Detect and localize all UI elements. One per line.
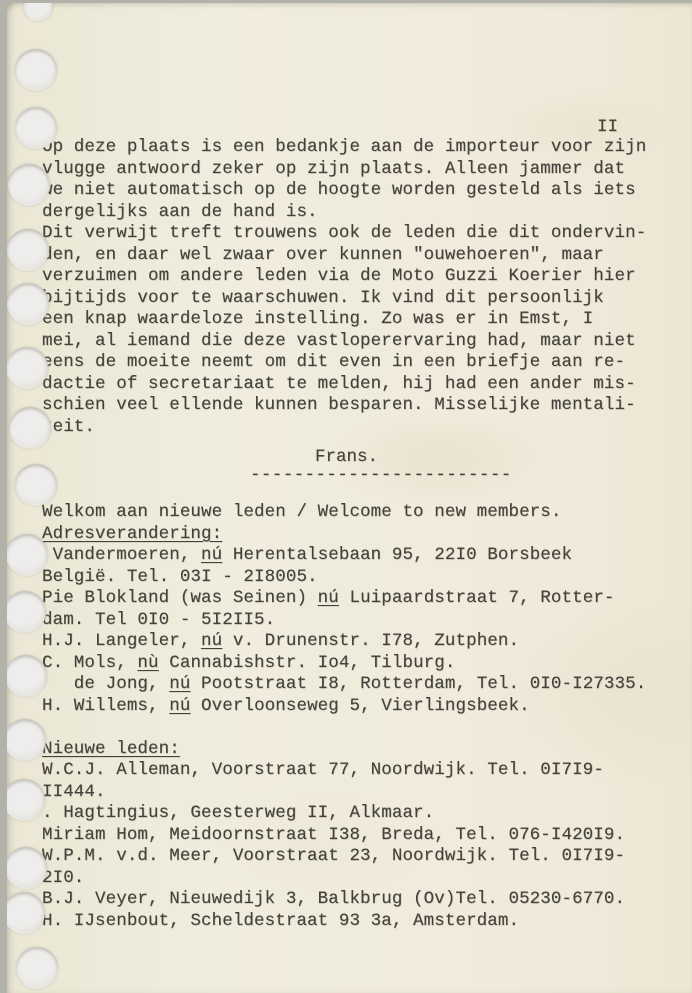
page: II Op deze plaats is een bedankje aan de… — [7, 3, 692, 993]
underlined-text: nú — [201, 631, 222, 651]
punch-hole — [16, 947, 58, 989]
punch-hole — [7, 591, 46, 633]
typed-line: verzuimen om andere leden via de Moto Gu… — [42, 266, 646, 288]
typed-line: Dit verwijt treft trouwens ook de leden … — [42, 223, 646, 245]
punch-hole — [7, 847, 47, 889]
underlined-text: Nieuwe leden: — [42, 739, 180, 759]
punch-hole — [7, 347, 48, 389]
typed-line: schien veel ellende kunnen besparen. Mis… — [42, 395, 646, 417]
typed-line: dactie of secretariaat te melden, hij ha… — [42, 374, 646, 396]
signature: Frans. — [315, 447, 378, 467]
text-segment: C. Mols, — [42, 653, 137, 673]
typed-line: een knap waardeloze instelling. Zo was e… — [42, 309, 646, 331]
punch-hole — [15, 107, 57, 149]
punch-hole — [7, 283, 49, 325]
punch-hole — [7, 892, 45, 934]
punch-hole — [9, 407, 51, 449]
typed-line: H. Willems, nú Overloonseweg 5, Vierling… — [42, 696, 646, 718]
typed-line: . Hagtingius, Geesterweg II, Alkmaar. — [42, 803, 646, 825]
scanned-page-background: { "colors": { "paper": "#efeada", "ink":… — [0, 0, 692, 993]
typed-line: Op deze plaats is een bedankje aan de im… — [42, 137, 646, 159]
text-segment: Overloonseweg 5, Vierlingsbeek. — [190, 696, 529, 716]
text-segment: v. Drunenstr. I78, Zutphen. — [222, 631, 519, 651]
typed-line: II444. — [42, 782, 646, 804]
typed-line: we niet automatisch op de hoogte worden … — [42, 180, 646, 202]
body-paragraph: Op deze plaats is een bedankje aan de im… — [42, 137, 646, 438]
typed-line: Pie Blokland (was Seinen) nú Luipaardstr… — [42, 588, 646, 610]
punch-hole — [7, 719, 46, 761]
typed-line: H. IJsenbout, Scheldestraat 93 3a, Amste… — [42, 911, 646, 933]
typed-line: dergelijks aan de hand is. — [42, 202, 646, 224]
text-segment: de Jong, — [42, 674, 169, 694]
text-segment: Vandermoeren, — [42, 545, 201, 565]
typed-line: Nieuwe leden: — [42, 739, 646, 761]
typed-line — [42, 717, 646, 739]
typed-line: de Jong, nú Pootstraat I8, Rotterdam, Te… — [42, 674, 646, 696]
typed-line: C. Mols, nù Cannabishstr. Io4, Tilburg. — [42, 653, 646, 675]
typed-line: eens de moeite neemt om dit even in een … — [42, 352, 646, 374]
typed-line: B.J. Veyer, Nieuwedijk 3, Balkbrug (Ov)T… — [42, 889, 646, 911]
underlined-text: nú — [318, 588, 339, 608]
underlined-text: Adresverandering: — [42, 524, 222, 544]
punch-hole — [7, 779, 45, 821]
text-segment: H. Willems, — [42, 696, 169, 716]
typed-line: Adresverandering: — [42, 524, 646, 546]
typed-line: Welkom aan nieuwe leden / Welcome to new… — [42, 502, 646, 524]
underlined-text: nú — [169, 696, 190, 716]
punch-hole — [15, 49, 57, 91]
typed-line: België. Tel. 03I - 2I8005. — [42, 567, 646, 589]
punch-hole — [7, 534, 48, 576]
typed-line: bijtijds voor te waarschuwen. Ik vind di… — [42, 288, 646, 310]
punch-hole — [15, 464, 57, 506]
members-section: Welkom aan nieuwe leden / Welcome to new… — [42, 502, 646, 932]
typed-line: Miriam Hom, Meidoornstraat I38, Breda, T… — [42, 825, 646, 847]
typed-line: Vandermoeren, nú Herentalsebaan 95, 22I0… — [42, 545, 646, 567]
typed-divider-line: ------------------------ — [250, 465, 512, 485]
punch-hole — [7, 655, 47, 697]
text-segment: Pootstraat I8, Rotterdam, Tel. 0I0-I2733… — [190, 674, 646, 694]
text-segment: Cannabishstr. Io4, Tilburg. — [159, 653, 456, 673]
typed-line: W.C.J. Alleman, Voorstraat 77, Noordwijk… — [42, 760, 646, 782]
typed-line: 2I0. — [42, 868, 646, 890]
underlined-text: nú — [169, 674, 190, 694]
text-segment: Luipaardstraat 7, Rotter- — [339, 588, 615, 608]
punch-hole — [8, 164, 50, 206]
punch-hole — [23, 3, 53, 21]
text-segment: H.J. Langeler, — [42, 631, 201, 651]
punch-hole — [7, 229, 49, 271]
text-segment: Pie Blokland (was Seinen) — [42, 588, 318, 608]
typed-line: mei, al iemand die deze vastloperervarin… — [42, 331, 646, 353]
underlined-text: nù — [137, 653, 158, 673]
underlined-text: nú — [201, 545, 222, 565]
typed-line: dam. Tel 0I0 - 5I2II5. — [42, 610, 646, 632]
typed-line: teit. — [42, 417, 646, 439]
typed-line: W.P.M. v.d. Meer, Voorstraat 23, Noordwi… — [42, 846, 646, 868]
typed-line: den, en daar wel zwaar over kunnen "ouwe… — [42, 245, 646, 267]
page-number: II — [597, 117, 618, 137]
text-segment: Herentalsebaan 95, 22I0 Borsbeek — [222, 545, 572, 565]
typed-line: H.J. Langeler, nú v. Drunenstr. I78, Zut… — [42, 631, 646, 653]
typed-line: vlugge antwoord zeker op zijn plaats. Al… — [42, 159, 646, 181]
